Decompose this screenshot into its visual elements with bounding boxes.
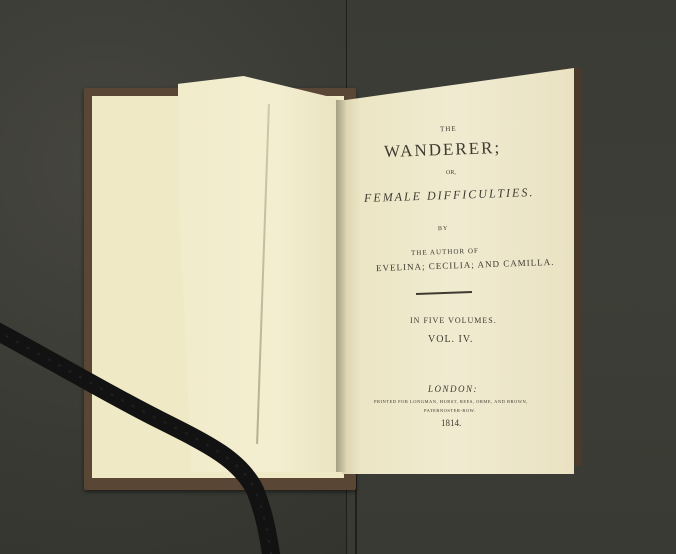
imprint-year: 1814. — [441, 418, 461, 428]
book-gutter — [336, 100, 346, 472]
volume-count: IN FIVE VOLUMES. — [410, 316, 497, 325]
volume-number: VOL. IV. — [428, 334, 473, 345]
title-or: OR, — [446, 170, 456, 176]
title-the: THE — [440, 125, 457, 134]
flyleaf-page — [178, 76, 342, 472]
imprint-address: PATERNOSTER-ROW. — [424, 408, 476, 413]
imprint-printer: PRINTED FOR LONGMAN, HURST, REES, ORME, … — [374, 399, 528, 404]
title-by: BY — [438, 226, 449, 232]
imprint-city: LONDON: — [428, 384, 478, 394]
book-title: WANDERER; — [384, 138, 502, 162]
